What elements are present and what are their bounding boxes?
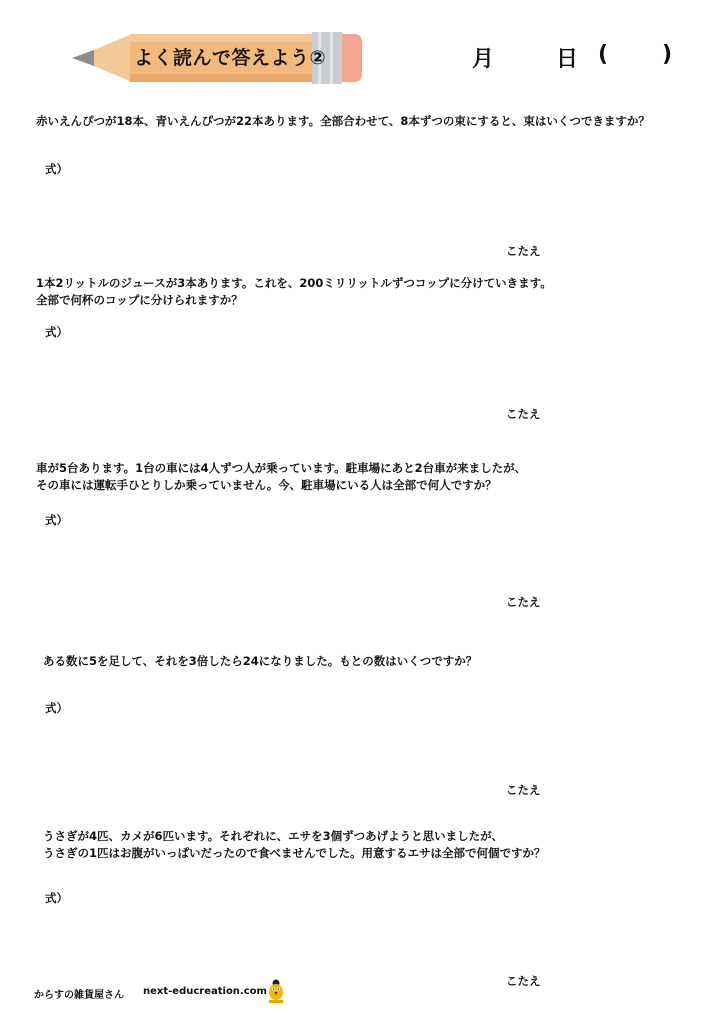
problem-line: 全部で何杯のコップに分けられますか？ [36,292,552,309]
crow-mascot-icon [266,978,286,1004]
shop-name: からすの雑貨屋さん [34,986,124,1001]
problem-1-text: 赤いえんぴつが18本、青いえんぴつが22本あります。全部合わせて、8本ずつの束に… [36,113,650,130]
problem-1-answer-label: こたえ [506,243,541,259]
problem-line: その車には運転手ひとりしか乗っていません。今、駐車場にいる人は全部で何人ですか？ [36,477,526,494]
website-link[interactable]: next-educreation.com [143,986,267,997]
problem-4-formula-label: 式） [45,700,68,716]
problem-3-text: 車が5台あります。1台の車には4人ずつ人が乗っています。駐車場にあと2台車が来ま… [36,460,526,494]
problem-3-formula-label: 式） [45,512,68,528]
problem-4-answer-label: こたえ [506,782,541,798]
problem-5-answer-label: こたえ [506,973,541,989]
problem-line: うさぎの1匹はお腹がいっぱいだったので食べませんでした。用意するエサは全部で何個… [43,845,546,862]
problem-5-text: うさぎが4匹、カメが6匹います。それぞれに、エサを3個ずつあげようと思いましたが… [43,828,546,862]
month-label: 月 [472,42,494,73]
title-banner: よく読んで答えよう② [72,30,364,86]
problem-5-formula-label: 式） [45,890,68,906]
problem-line: うさぎが4匹、カメが6匹います。それぞれに、エサを3個ずつあげようと思いましたが… [43,828,546,845]
problem-1-formula-label: 式） [45,161,68,177]
problem-2-text: 1本2リットルのジュースが3本あります。これを、200ミリリットルずつコップに分… [36,275,552,309]
weekday-paren-open: ( [598,42,608,67]
problem-3-answer-label: こたえ [506,594,541,610]
problem-line: 赤いえんぴつが18本、青いえんぴつが22本あります。全部合わせて、8本ずつの束に… [36,113,650,130]
problem-2-formula-label: 式） [45,324,68,340]
day-label: 日 [556,42,578,73]
problem-line: 1本2リットルのジュースが3本あります。これを、200ミリリットルずつコップに分… [36,275,552,292]
problem-4-text: ある数に5を足して、それを3倍したら24になりました。もとの数はいくつですか？ [43,653,477,670]
problem-line: ある数に5を足して、それを3倍したら24になりました。もとの数はいくつですか？ [43,653,477,670]
problem-2-answer-label: こたえ [506,406,541,422]
page-title: よく読んで答えよう② [134,43,326,70]
problem-line: 車が5台あります。1台の車には4人ずつ人が乗っています。駐車場にあと2台車が来ま… [36,460,526,477]
weekday-paren-close: ) [662,42,672,67]
